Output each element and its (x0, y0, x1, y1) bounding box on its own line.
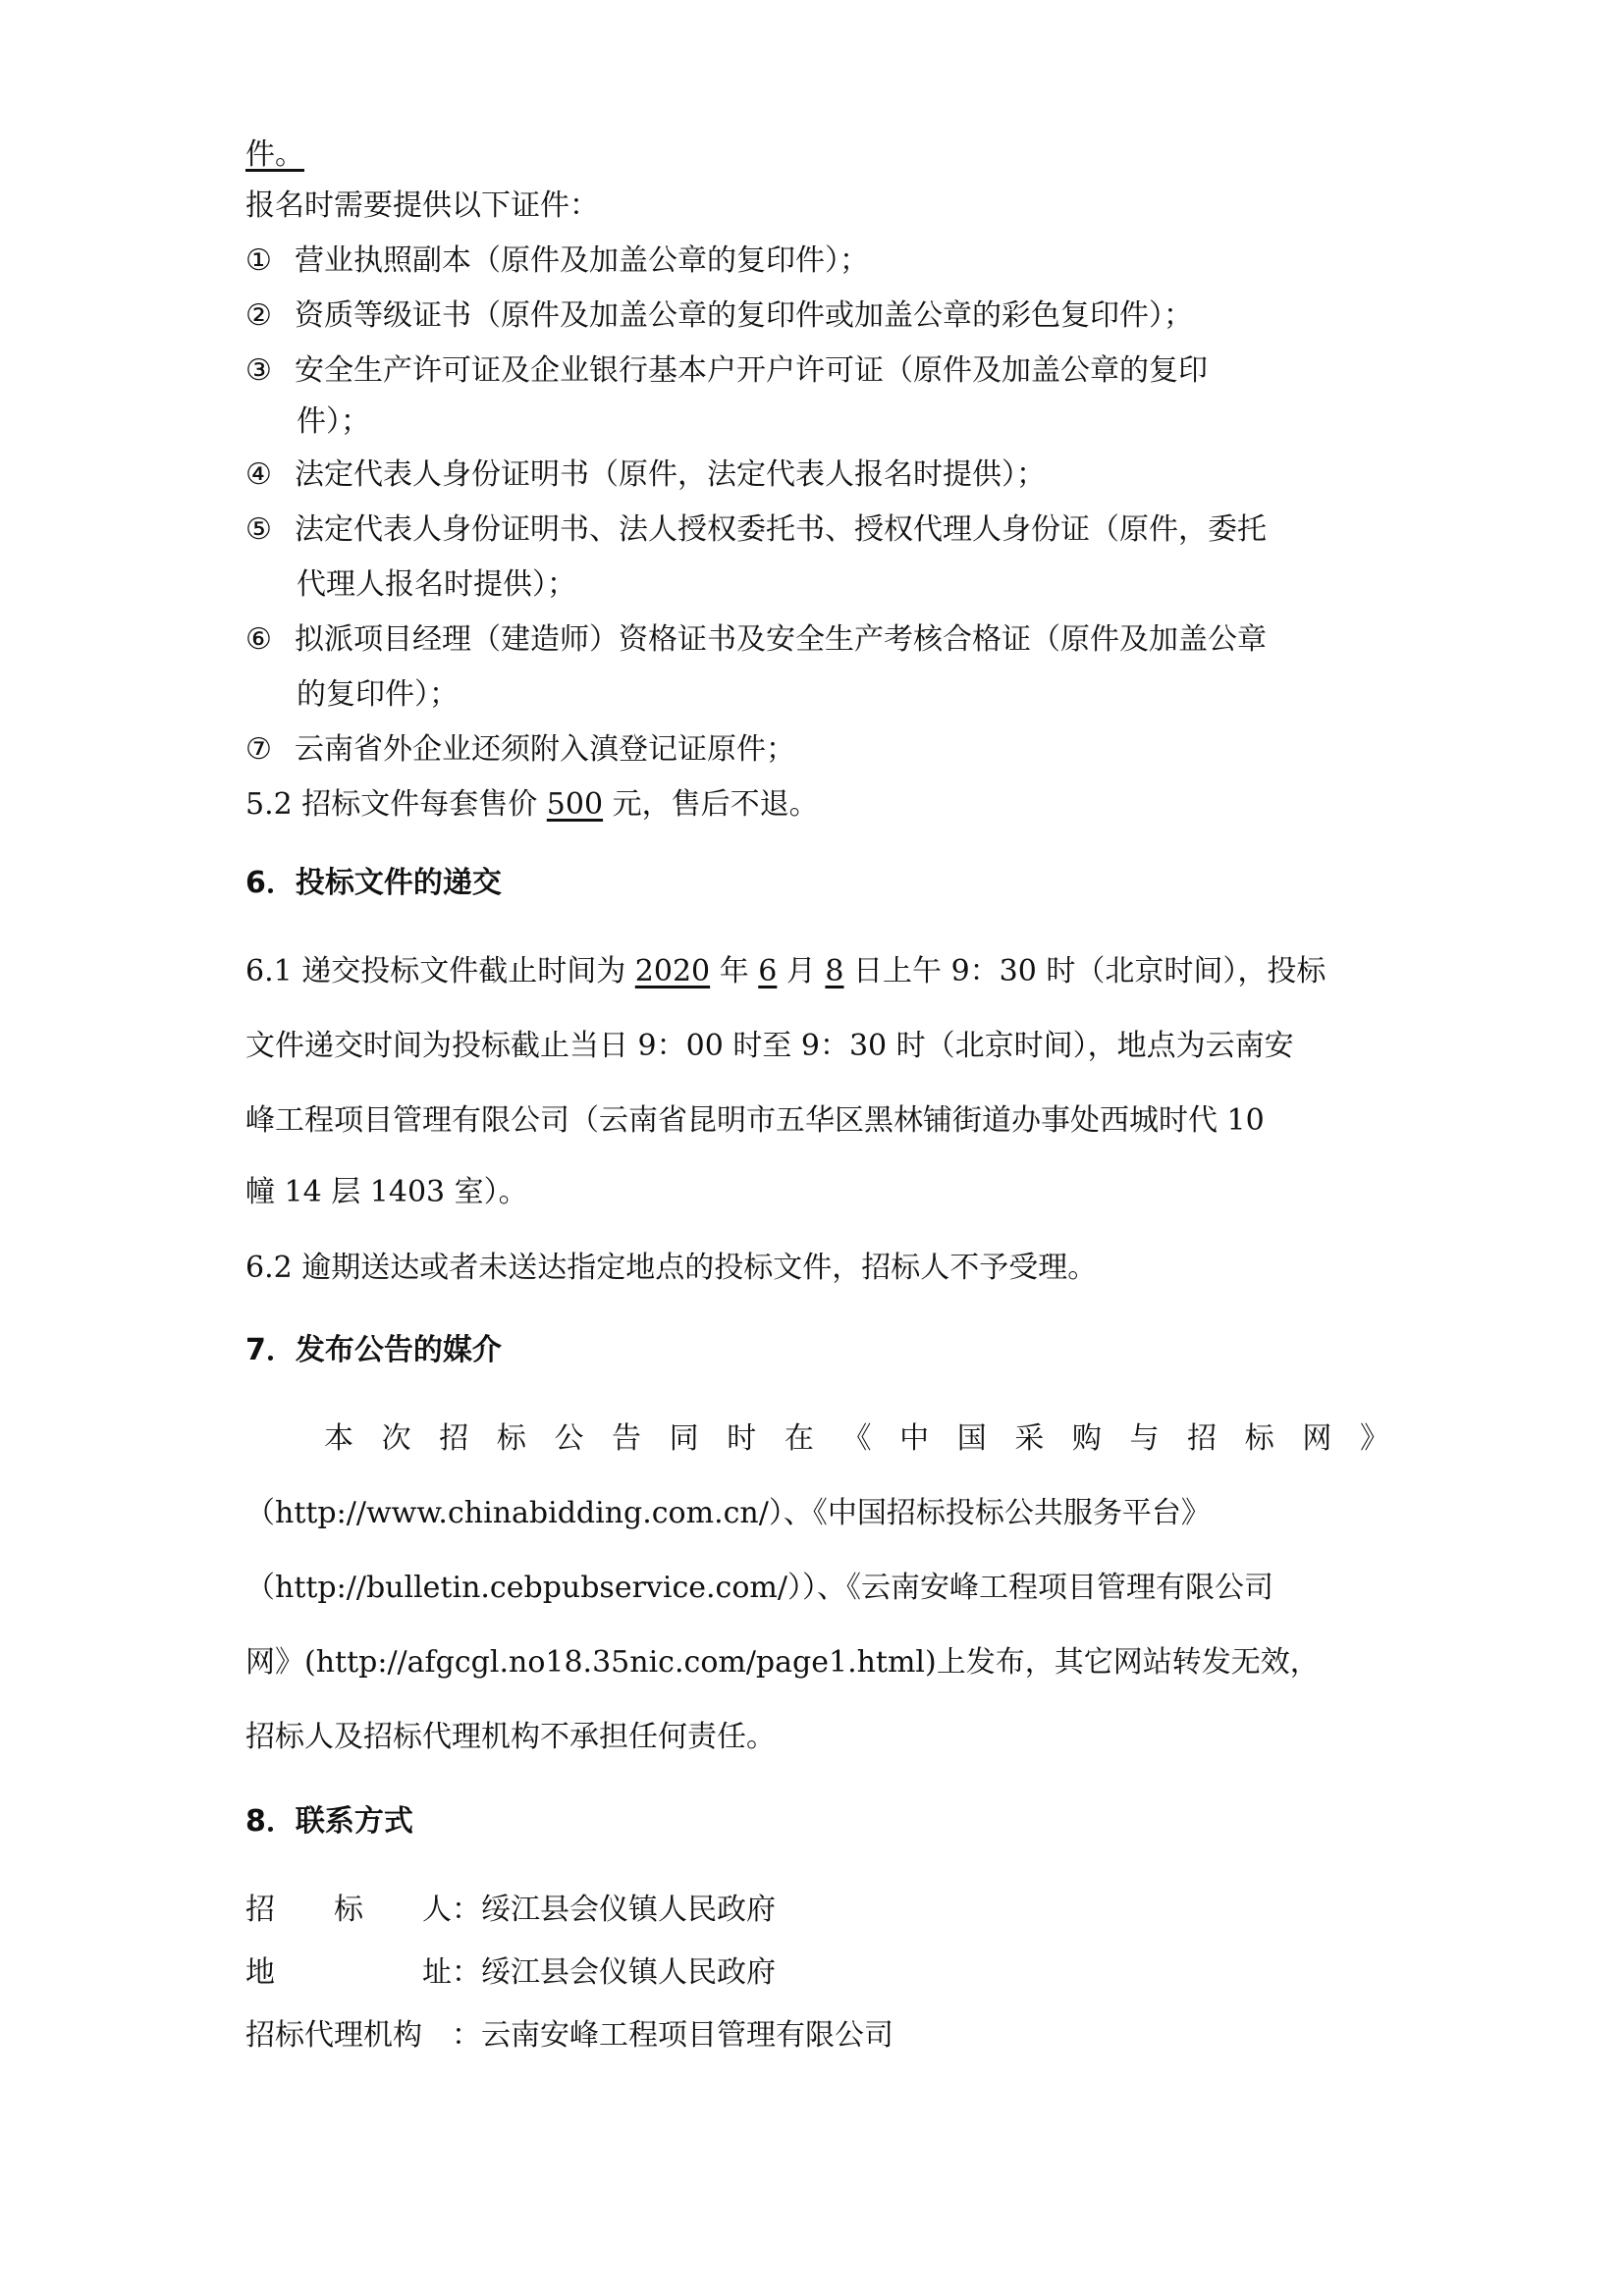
contact-row-tenderer: 招 标 人 ：绥江县会仪镇人民政府 (245, 1891, 1389, 1930)
section-6-title: 6．投标文件的递交 (245, 864, 1389, 903)
list-item: ⑤法定代表人身份证明书、法人授权委托书、授权代理人身份证（原件，委托 (245, 510, 1389, 550)
item-number: ① (245, 241, 295, 281)
contact-value: 绥江县会仪镇人民政府 (481, 1955, 776, 1990)
price-amount: 500 (547, 787, 603, 822)
item-number: ⑤ (245, 510, 295, 550)
list-item: ①营业执照副本（原件及加盖公章的复印件）； (245, 241, 1389, 281)
item-number: ④ (245, 455, 295, 495)
contact-label: 招 标 人 (245, 1891, 452, 1930)
item-number: ② (245, 296, 295, 336)
section-7-line2: （http://www.chinabidding.com.cn/）、《中国招标投… (245, 1494, 1389, 1533)
list-item: ⑥拟派项目经理（建造师）资格证书及安全生产考核合格证（原件及加盖公章 (245, 620, 1389, 660)
section-7-line4: 网》(http://afgcgl.no18.35nic.com/page1.ht… (245, 1643, 1389, 1682)
list-item-continuation: 件）； (297, 402, 1440, 442)
list-item: ④法定代表人身份证明书（原件，法定代表人报名时提供）； (245, 455, 1389, 495)
contact-label: 地 址 (245, 1953, 452, 1993)
contact-row-agency: 招标代理机构 ：云南安峰工程项目管理有限公司 (245, 2016, 1389, 2056)
section-7-title: 7．发布公告的媒介 (245, 1331, 1389, 1370)
section-7-line5: 招标人及招标代理机构不承担任何责任。 (245, 1718, 1389, 1757)
section-6-p1-line3: 峰工程项目管理有限公司（云南省昆明市五华区黑林铺街道办事处西城时代 10 (245, 1101, 1389, 1141)
deadline-year: 2020 (635, 954, 710, 988)
section-6-p2: 6.2 逾期送达或者未送达指定地点的投标文件，招标人不予受理。 (245, 1249, 1389, 1288)
list-item: ③安全生产许可证及企业银行基本户开户许可证（原件及加盖公章的复印 (245, 351, 1389, 391)
section-6-p1-line2: 文件递交时间为投标截止当日 9：00 时至 9：30 时（北京时间），地点为云南… (245, 1027, 1389, 1066)
section-7-line1: 本 次 招 标 公 告 同 时 在 《 中 国 采 购 与 招 标 网 》 (324, 1419, 1389, 1459)
carry-over-text: 件。 (245, 135, 1389, 175)
section-6-p1-line4: 幢 14 层 1403 室）。 (245, 1173, 1389, 1212)
list-item: ⑦云南省外企业还须附入滇登记证原件； (245, 730, 1389, 770)
contact-row-address: 地 址 ：绥江县会仪镇人民政府 (245, 1953, 1389, 1993)
item-number: ③ (245, 351, 295, 391)
deadline-month: 6 (758, 954, 777, 988)
list-item: ②资质等级证书（原件及加盖公章的复印件或加盖公章的彩色复印件）； (245, 296, 1389, 336)
deadline-day: 8 (825, 954, 843, 988)
price-line: 5.2 招标文件每套售价 500 元，售后不退。 (245, 785, 1389, 825)
document-page: 件。 报名时需要提供以下证件： ①营业执照副本（原件及加盖公章的复印件）； ②资… (0, 0, 1624, 2296)
section-6-p1-line1: 6.1 递交投标文件截止时间为 2020 年 6 月 8 日上午 9：30 时（… (245, 952, 1389, 991)
item-number: ⑥ (245, 620, 295, 660)
section-8-title: 8．联系方式 (245, 1802, 1389, 1842)
list-item-continuation: 代理人报名时提供）； (297, 565, 1440, 605)
item-number: ⑦ (245, 730, 295, 770)
registration-intro: 报名时需要提供以下证件： (245, 187, 1389, 226)
contact-label: 招标代理机构 (245, 2016, 452, 2056)
contact-value: 绥江县会仪镇人民政府 (481, 1893, 776, 1927)
section-7-line3: （http://bulletin.cebpubservice.com/））、《云… (245, 1569, 1389, 1608)
contact-value: 云南安峰工程项目管理有限公司 (481, 2018, 893, 2053)
list-item-continuation: 的复印件）； (297, 675, 1440, 715)
